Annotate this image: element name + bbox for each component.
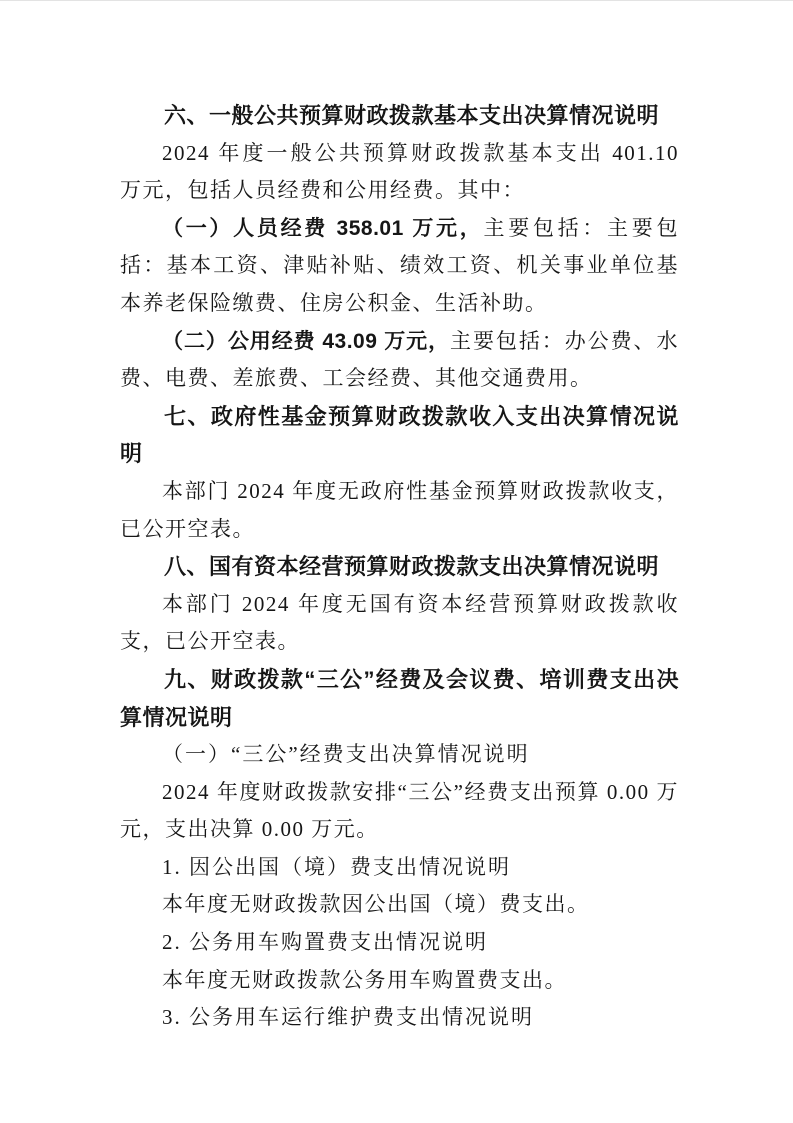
body-paragraph: 2024 年度财政拨款安排“三公”经费支出预算 0.00 万元，支出决算 0.0…	[120, 774, 679, 849]
bold-text-run: 六、一般公共预算财政拨款基本支出决算情况说明	[164, 103, 659, 128]
body-paragraph: 本部门 2024 年度无政府性基金预算财政拨款收支，已公开空表。	[120, 473, 679, 548]
text-run: 2024 年度财政拨款安排“三公”经费支出预算 0.00 万元，支出决算 0.0…	[120, 780, 679, 842]
sub-heading: 1. 因公出国（境）费支出情况说明	[120, 849, 679, 887]
text-run: 本年度无财政拨款公务用车购置费支出。	[162, 968, 567, 992]
sub-heading: 2. 公务用车购置费支出情况说明	[120, 924, 679, 962]
sub-heading: （一）“三公”经费支出决算情况说明	[120, 736, 679, 774]
bold-text-run: 七、政府性基金预算财政拨款收入支出决算情况说明	[120, 404, 679, 467]
body-paragraph: （二）公用经费 43.09 万元，主要包括：办公费、水费、电费、差旅费、工会经费…	[120, 323, 679, 398]
bold-text-run: （一）人员经费 358.01 万元，	[162, 217, 483, 240]
bold-text-run: （二）公用经费 43.09 万元，	[162, 330, 450, 353]
section-heading: 六、一般公共预算财政拨款基本支出决算情况说明	[120, 97, 679, 135]
document-viewport: { "page": { "background_color": "#ffffff…	[0, 0, 793, 1123]
section-heading: 八、国有资本经营预算财政拨款支出决算情况说明	[120, 548, 679, 586]
body-paragraph: 本部门 2024 年度无国有资本经营预算财政拨款收支，已公开空表。	[120, 586, 679, 661]
document-page: 六、一般公共预算财政拨款基本支出决算情况说明2024 年度一般公共预算财政拨款基…	[0, 1, 793, 1123]
section-heading: 九、财政拨款“三公”经费及会议费、培训费支出决算情况说明	[120, 661, 679, 736]
bold-text-run: 九、财政拨款“三公”经费及会议费、培训费支出决算情况说明	[120, 667, 679, 730]
text-run: 3. 公务用车运行维护费支出情况说明	[162, 1005, 534, 1029]
text-run: 本部门 2024 年度无国有资本经营预算财政拨款收支，已公开空表。	[120, 592, 679, 654]
text-run: 2024 年度一般公共预算财政拨款基本支出 401.10 万元，包括人员经费和公…	[120, 141, 686, 203]
body-paragraph: （一）人员经费 358.01 万元，主要包括：主要包括：基本工资、津贴补贴、绩效…	[120, 210, 679, 323]
text-run: 本年度无财政拨款因公出国（境）费支出。	[162, 892, 590, 916]
section-heading: 七、政府性基金预算财政拨款收入支出决算情况说明	[120, 398, 679, 473]
sub-heading: 3. 公务用车运行维护费支出情况说明	[120, 999, 679, 1037]
text-run: （一）“三公”经费支出决算情况说明	[162, 742, 530, 766]
body-paragraph: 2024 年度一般公共预算财政拨款基本支出 401.10 万元，包括人员经费和公…	[120, 135, 679, 210]
body-paragraph: 本年度无财政拨款公务用车购置费支出。	[120, 962, 679, 1000]
bold-text-run: 八、国有资本经营预算财政拨款支出决算情况说明	[164, 554, 659, 579]
text-run: 本部门 2024 年度无政府性基金预算财政拨款收支，已公开空表。	[120, 479, 679, 541]
body-paragraph: 本年度无财政拨款因公出国（境）费支出。	[120, 886, 679, 924]
text-run: 1. 因公出国（境）费支出情况说明	[162, 855, 511, 879]
text-run: 2. 公务用车购置费支出情况说明	[162, 930, 488, 954]
